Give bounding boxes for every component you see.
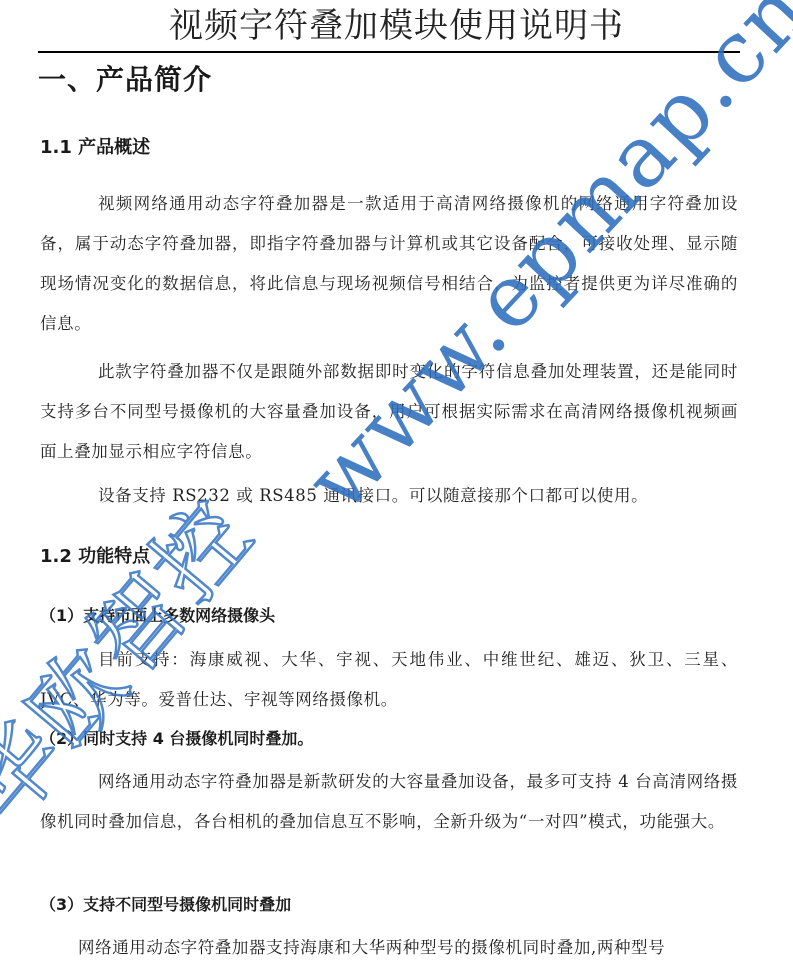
feature-heading-3: （3）支持不同型号摄像机同时叠加 xyxy=(40,893,291,917)
document-page: 视频字符叠加模块使用说明书 一、产品简介 1.1 产品概述 视频网络通用动态字符… xyxy=(0,0,793,977)
feature-text-3: 网络通用动态字符叠加器支持海康和大华两种型号的摄像机同时叠加,两种型号 xyxy=(40,928,738,968)
section-heading-product-intro: 一、产品简介 xyxy=(38,60,212,100)
overview-paragraph-2: 此款字符叠加器不仅是跟随外部数据即时变化的字符信息叠加处理装置，还是能同时支持多… xyxy=(40,352,738,472)
subsection-heading-features: 1.2 功能特点 xyxy=(40,544,150,570)
document-title: 视频字符叠加模块使用说明书 xyxy=(0,4,793,48)
feature-heading-1: （1）支持市面上多数网络摄像头 xyxy=(40,604,275,628)
feature-text-1: 目前支持：海康威视、大华、宇视、天地伟业、中维世纪、雄迈、狄卫、三星、JVC、华… xyxy=(40,640,738,720)
overview-paragraph-1: 视频网络通用动态字符叠加器是一款适用于高清网络摄像机的网络通用字符叠加设备，属于… xyxy=(40,184,738,344)
feature-heading-2: （2）同时支持 4 台摄像机同时叠加。 xyxy=(40,727,313,751)
subsection-heading-overview: 1.1 产品概述 xyxy=(40,135,150,161)
header-divider xyxy=(38,51,740,53)
feature-text-2: 网络通用动态字符叠加器是新款研发的大容量叠加设备，最多可支持 4 台高清网络摄像… xyxy=(40,762,738,842)
overview-paragraph-3: 设备支持 RS232 或 RS485 通讯接口。可以随意接那个口都可以使用。 xyxy=(40,476,738,516)
